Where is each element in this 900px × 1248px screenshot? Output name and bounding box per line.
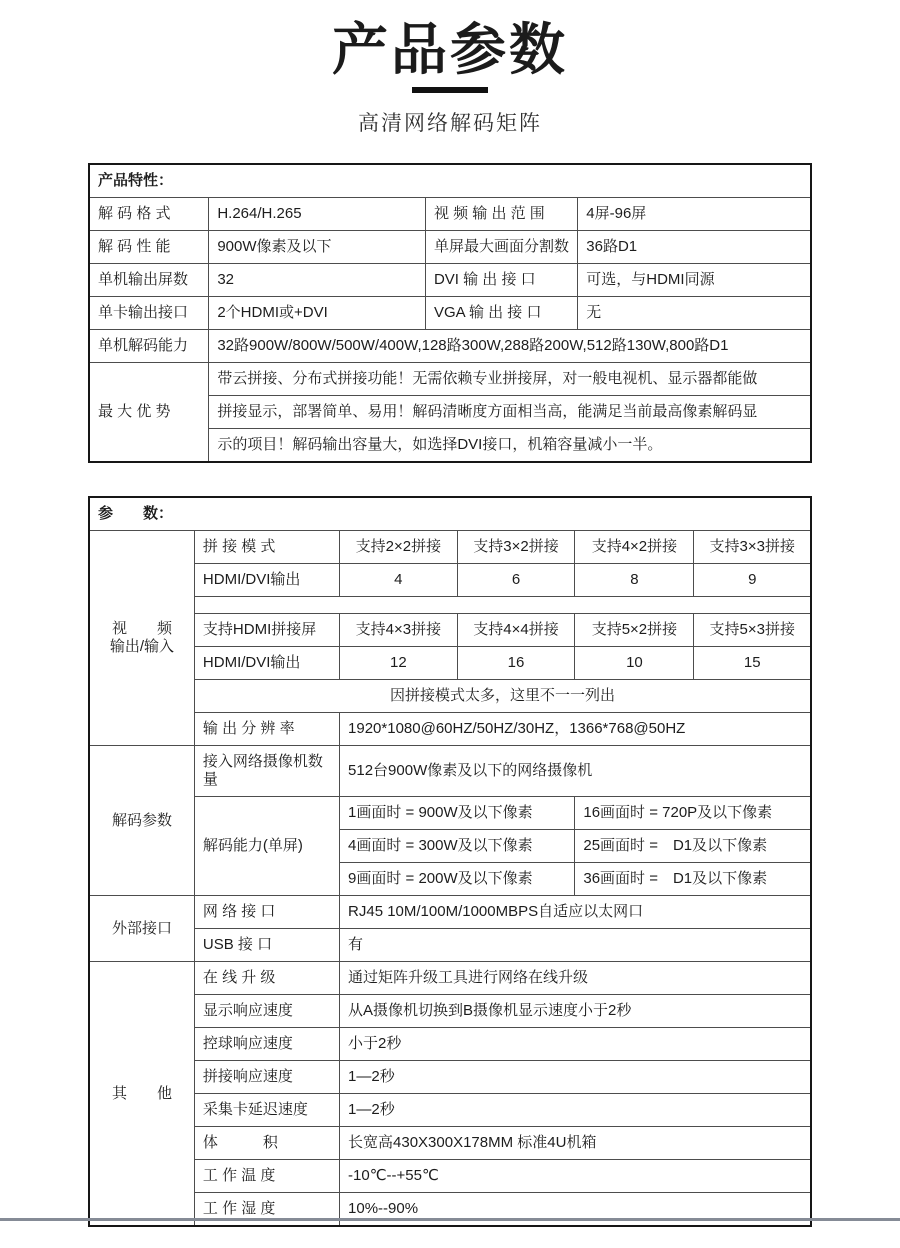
feature-label: VGA 输 出 接 口 (425, 297, 577, 330)
param-label: 网 络 接 口 (194, 896, 339, 929)
advantage-line: 拼接显示，部署简单、易用！解码清晰度方面相当高，能满足当前最高像素解码显 (209, 396, 811, 429)
param-label: 拼接响应速度 (194, 1061, 339, 1094)
param-data-cell: 支持3×2拼接 (457, 531, 575, 564)
table-row: 视 频 输出/输入 拼 接 模 式 支持2×2拼接 支持3×2拼接 支持4×2拼… (89, 531, 811, 564)
table-row: HDMI/DVI输出 4 6 8 9 (89, 564, 811, 597)
param-label: 体 积 (194, 1127, 339, 1160)
param-label: 工 作 温 度 (194, 1160, 339, 1193)
ability-cell: 1画面时 = 900W及以下像素 (340, 797, 575, 830)
features-heading: 产品特性： (89, 164, 811, 198)
param-label: 支持HDMI拼接屏 (194, 614, 339, 647)
param-value: 10%--90% (340, 1193, 811, 1227)
advantage-label: 最 大 优 势 (89, 363, 209, 463)
param-data-cell: 8 (575, 564, 694, 597)
note-cell: 因拼接模式太多，这里不一一列出 (194, 680, 811, 713)
table-row: 拼接响应速度 1—2秒 (89, 1061, 811, 1094)
param-label: 采集卡延迟速度 (194, 1094, 339, 1127)
ability-label: 解码能力(单屏) (194, 797, 339, 896)
param-data-cell: 支持4×4拼接 (457, 614, 575, 647)
feature-value: 36路D1 (578, 231, 811, 264)
feature-label: 解 码 性 能 (89, 231, 209, 264)
feature-value: 900W像素及以下 (209, 231, 426, 264)
feature-value: 32 (209, 264, 426, 297)
table-row: 采集卡延迟速度 1—2秒 (89, 1094, 811, 1127)
feature-label: 单卡输出接口 (89, 297, 209, 330)
param-value: 小于2秒 (340, 1028, 811, 1061)
page-title: 产品参数 (0, 16, 900, 83)
param-data-cell: 支持3×3拼接 (694, 531, 811, 564)
param-value: -10℃--+55℃ (340, 1160, 811, 1193)
table-row: 输 出 分 辨 率 1920*1080@60HZ/50HZ/30HZ，1366*… (89, 713, 811, 746)
param-label: HDMI/DVI输出 (194, 647, 339, 680)
param-value: 长宽高430X300X178MM 标准4U机箱 (340, 1127, 811, 1160)
param-data-cell: 支持5×2拼接 (575, 614, 694, 647)
title-block: 产品参数 高清网络解码矩阵 (0, 0, 900, 137)
param-label: 在 线 升 级 (194, 962, 339, 995)
footer-divider (0, 1218, 900, 1221)
params-table: 参 数： 视 频 输出/输入 拼 接 模 式 支持2×2拼接 支持3×2拼接 支… (88, 496, 812, 1227)
table-row: 控球响应速度 小于2秒 (89, 1028, 811, 1061)
feature-value: 无 (578, 297, 811, 330)
param-label: 显示响应速度 (194, 995, 339, 1028)
page-subtitle: 高清网络解码矩阵 (0, 107, 900, 137)
ability-cell: 25画面时 = D1及以下像素 (575, 830, 811, 863)
param-label: 控球响应速度 (194, 1028, 339, 1061)
table-row: 其 他 在 线 升 级 通过矩阵升级工具进行网络在线升级 (89, 962, 811, 995)
table-row: 解码参数 接入网络摄像机数量 512台900W像素及以下的网络摄像机 (89, 746, 811, 797)
table-row: USB 接 口 有 (89, 929, 811, 962)
feature-value: 可选，与HDMI同源 (578, 264, 811, 297)
param-value: 从A摄像机切换到B摄像机显示速度小于2秒 (340, 995, 811, 1028)
group-label-decode: 解码参数 (89, 746, 194, 896)
feature-label: DVI 输 出 接 口 (425, 264, 577, 297)
feature-value: H.264/H.265 (209, 198, 426, 231)
param-value: 1—2秒 (340, 1061, 811, 1094)
table-row: 单机输出屏数 32 DVI 输 出 接 口 可选，与HDMI同源 (89, 264, 811, 297)
param-data-cell: 9 (694, 564, 811, 597)
advantage-line: 示的项目！解码输出容量大，如选择DVI接口，机箱容量减小一半。 (209, 429, 811, 463)
feature-label: 单机解码能力 (89, 330, 209, 363)
group-label-video-line2: 输出/输入 (110, 638, 174, 655)
feature-value: 2个HDMI或+DVI (209, 297, 426, 330)
group-label-video-line1: 视 频 (112, 620, 172, 637)
feature-value: 4屏-96屏 (578, 198, 811, 231)
ability-cell: 9画面时 = 200W及以下像素 (340, 863, 575, 896)
features-table: 产品特性： 解 码 格 式 H.264/H.265 视 频 输 出 范 围 4屏… (88, 163, 812, 463)
table-row: 显示响应速度 从A摄像机切换到B摄像机显示速度小于2秒 (89, 995, 811, 1028)
param-value: 512台900W像素及以下的网络摄像机 (340, 746, 811, 797)
param-value: 通过矩阵升级工具进行网络在线升级 (340, 962, 811, 995)
feature-label: 视 频 输 出 范 围 (425, 198, 577, 231)
table-row: HDMI/DVI输出 12 16 10 15 (89, 647, 811, 680)
table-row: 外部接口 网 络 接 口 RJ45 10M/100M/1000MBPS自适应以太… (89, 896, 811, 929)
table-row: 单机解码能力 32路900W/800W/500W/400W,128路300W,2… (89, 330, 811, 363)
table-row: 因拼接模式太多，这里不一一列出 (89, 680, 811, 713)
table-row: 支持HDMI拼接屏 支持4×3拼接 支持4×4拼接 支持5×2拼接 支持5×3拼… (89, 614, 811, 647)
param-label: USB 接 口 (194, 929, 339, 962)
group-label-video: 视 频 输出/输入 (89, 531, 194, 746)
table-row: 解 码 格 式 H.264/H.265 视 频 输 出 范 围 4屏-96屏 (89, 198, 811, 231)
params-heading-row: 参 数： (89, 497, 811, 531)
ability-cell: 16画面时 = 720P及以下像素 (575, 797, 811, 830)
table-row: 单卡输出接口 2个HDMI或+DVI VGA 输 出 接 口 无 (89, 297, 811, 330)
param-data-cell: 15 (694, 647, 811, 680)
param-data-cell: 10 (575, 647, 694, 680)
spacer-row (89, 597, 811, 614)
ability-cell: 36画面时 = D1及以下像素 (575, 863, 811, 896)
param-data-cell: 12 (340, 647, 458, 680)
param-label: 输 出 分 辨 率 (194, 713, 339, 746)
table-row: 最 大 优 势 带云拼接、分布式拼接功能！无需依赖专业拼接屏，对一般电视机、显示… (89, 363, 811, 396)
param-label: 拼 接 模 式 (194, 531, 339, 564)
param-label: 工 作 湿 度 (194, 1193, 339, 1227)
param-data-cell: 支持5×3拼接 (694, 614, 811, 647)
param-data-cell: 6 (457, 564, 575, 597)
table-row: 解码能力(单屏) 1画面时 = 900W及以下像素 16画面时 = 720P及以… (89, 797, 811, 830)
table-row: 解 码 性 能 900W像素及以下 单屏最大画面分割数 36路D1 (89, 231, 811, 264)
feature-label: 解 码 格 式 (89, 198, 209, 231)
param-data-cell: 支持4×2拼接 (575, 531, 694, 564)
param-label: 接入网络摄像机数量 (194, 746, 339, 797)
param-value: 1—2秒 (340, 1094, 811, 1127)
advantage-line: 带云拼接、分布式拼接功能！无需依赖专业拼接屏，对一般电视机、显示器都能做 (209, 363, 811, 396)
title-underline (412, 87, 488, 93)
param-data-cell: 支持2×2拼接 (340, 531, 458, 564)
param-value: 1920*1080@60HZ/50HZ/30HZ，1366*768@50HZ (340, 713, 811, 746)
spacer-cell (194, 597, 811, 614)
param-data-cell: 16 (457, 647, 575, 680)
feature-label: 单机输出屏数 (89, 264, 209, 297)
param-data-cell: 4 (340, 564, 458, 597)
param-value: RJ45 10M/100M/1000MBPS自适应以太网口 (340, 896, 811, 929)
feature-value: 32路900W/800W/500W/400W,128路300W,288路200W… (209, 330, 811, 363)
features-heading-row: 产品特性： (89, 164, 811, 198)
group-label-interface: 外部接口 (89, 896, 194, 962)
param-data-cell: 支持4×3拼接 (340, 614, 458, 647)
table-row: 工 作 温 度 -10℃--+55℃ (89, 1160, 811, 1193)
group-label-other: 其 他 (89, 962, 194, 1227)
table-row: 工 作 湿 度 10%--90% (89, 1193, 811, 1227)
feature-label: 单屏最大画面分割数 (425, 231, 577, 264)
param-label: HDMI/DVI输出 (194, 564, 339, 597)
params-heading: 参 数： (89, 497, 811, 531)
param-value: 有 (340, 929, 811, 962)
table-row: 体 积 长宽高430X300X178MM 标准4U机箱 (89, 1127, 811, 1160)
ability-cell: 4画面时 = 300W及以下像素 (340, 830, 575, 863)
